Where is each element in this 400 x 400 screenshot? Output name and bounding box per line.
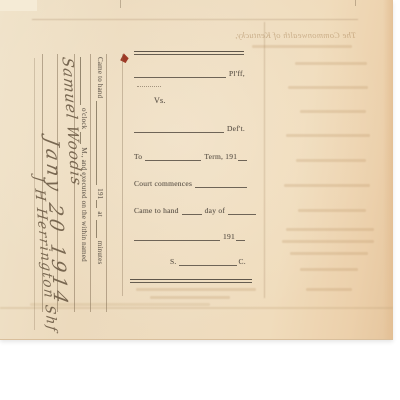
defendant-row: Def't. xyxy=(134,125,245,133)
year-row: 191 xyxy=(134,233,245,241)
edge-mark xyxy=(355,0,356,6)
bleedthrough-line xyxy=(306,288,352,291)
return-line-1: Came to hand 191 at minutes xyxy=(96,57,104,264)
red-seal-mark xyxy=(119,53,129,63)
came-to-hand-label: Came to hand xyxy=(134,207,179,215)
fold-line-top xyxy=(32,19,358,20)
return-minutes: minutes xyxy=(96,241,104,265)
s-label: S. xyxy=(170,258,177,266)
paper-corner-patch xyxy=(0,0,37,11)
edge-mark xyxy=(120,0,121,8)
blank-field xyxy=(96,200,103,208)
month-blank xyxy=(228,207,256,215)
plaintiff-row: Pl'ff, xyxy=(134,70,245,78)
bleedthrough-line xyxy=(284,184,370,187)
bleedthrough-line xyxy=(282,240,374,243)
day-of-label: day of xyxy=(205,207,225,215)
sheriffs-return-section: Came to hand 191 at minutes o'clock M., … xyxy=(29,52,115,335)
bleedthrough-line xyxy=(300,268,358,271)
bleedthrough-line xyxy=(298,209,366,212)
bleedthrough-line xyxy=(286,228,374,231)
bleedthrough-line xyxy=(296,159,366,162)
blank-field xyxy=(96,101,103,185)
fold-line-vertical xyxy=(264,22,265,298)
document-scan-paper: The Commonwealth of Kentucky, Came to ha… xyxy=(0,0,393,340)
dotted-line xyxy=(137,86,161,87)
day-blank xyxy=(182,207,202,215)
blank-field xyxy=(80,57,87,105)
to-label: To xyxy=(134,153,142,161)
bleedthrough-line xyxy=(288,86,368,89)
term-label: Term, 191 xyxy=(204,153,237,161)
vs-row: Vs. xyxy=(154,97,166,105)
year-label: 191 xyxy=(223,233,235,241)
blank-field xyxy=(96,220,103,238)
court-commences-blank xyxy=(195,180,247,188)
bleedthrough-line xyxy=(295,62,367,65)
term-blank xyxy=(145,153,201,161)
bleedthrough-line xyxy=(150,296,230,299)
court-commences-label: Court commences xyxy=(134,180,192,188)
bleedthrough-line xyxy=(286,134,370,137)
ruled-line xyxy=(106,54,107,312)
vs-label: Vs. xyxy=(154,97,166,105)
court-commences-row: Court commences xyxy=(134,180,247,188)
bleedthrough-line xyxy=(252,45,352,48)
double-rule-bottom xyxy=(130,279,252,283)
return-at: at xyxy=(96,211,104,216)
plaintiff-label: Pl'ff, xyxy=(229,70,245,78)
bleedthrough-line xyxy=(300,110,366,113)
ruled-line xyxy=(90,54,91,312)
year-blank xyxy=(238,153,247,161)
return-year: 191 xyxy=(96,188,104,199)
signature-blank xyxy=(179,258,237,266)
plaintiff-blank xyxy=(134,70,226,78)
year-short-blank xyxy=(236,233,245,241)
sheriff-signature-row: S. C. xyxy=(170,258,246,266)
year-long-blank xyxy=(134,233,220,241)
defendant-label: Def't. xyxy=(227,125,245,133)
ruled-line xyxy=(122,54,123,296)
defendant-blank xyxy=(134,125,224,133)
paper-right-edge xyxy=(383,0,393,339)
bleedthrough-commonwealth-title: The Commonwealth of Kentucky, xyxy=(220,30,356,42)
return-came-to-hand: Came to hand xyxy=(96,57,104,98)
bleedthrough-line xyxy=(290,252,368,255)
came-to-hand-row: Came to hand day of xyxy=(134,207,256,215)
c-label: C. xyxy=(239,258,246,266)
double-rule-top xyxy=(134,51,244,55)
bleedthrough-line xyxy=(136,288,256,291)
term-row: To Term, 191 xyxy=(134,153,247,161)
